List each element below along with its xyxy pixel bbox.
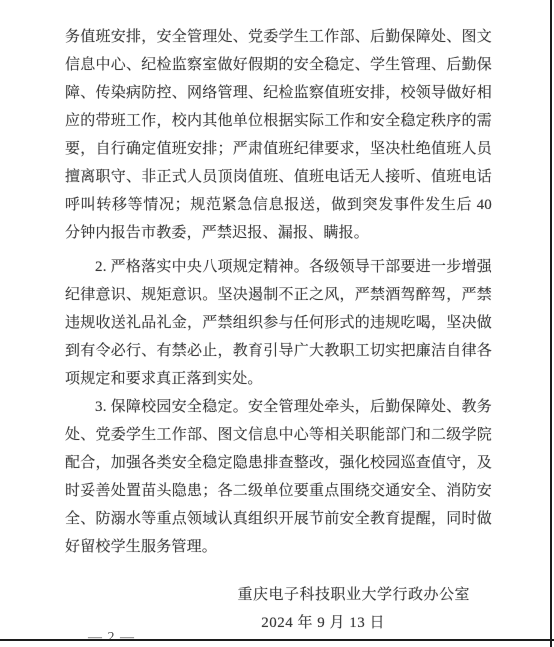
page-bottom-edge-line [0,639,554,641]
page-number: — 2 — [88,630,135,646]
scanned-document-page: { "document": { "paragraphs": [ { "text"… [0,0,554,647]
document-body: 务值班安排，安全管理处、党委学生工作部、后勤保障处、图文信息中心、纪检监察室做好… [65,23,492,637]
page-right-edge-line [550,0,552,647]
paragraph-campus-safety: 3. 保障校园安全稳定。安全管理处牵头，后勤保障处、教务处、党委学生工作部、图文… [65,393,492,561]
signature-office-name: 重庆电子科技职业大学行政办公室 [65,581,492,609]
paragraph-duty-arrangements: 务值班安排，安全管理处、党委学生工作部、后勤保障处、图文信息中心、纪检监察室做好… [65,23,492,247]
paragraph-eight-point-regulations: 2. 严格落实中央八项规定精神。各级领导干部要进一步增强纪律意识、规矩意识。坚决… [65,253,492,393]
